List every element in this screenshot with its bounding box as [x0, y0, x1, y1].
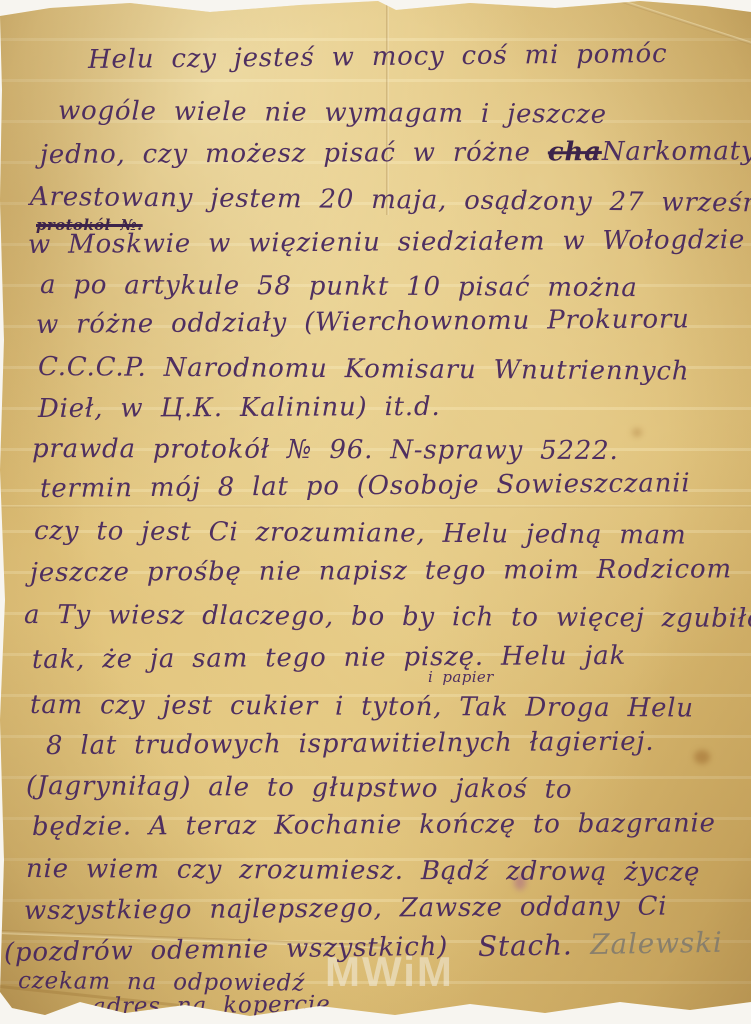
letter-paper: Helu czy jesteś w mocy coś mi pomóc wogó… — [0, 0, 751, 1024]
handwriting-line-19: będzie. A teraz Kochanie kończę to bazgr… — [32, 808, 716, 842]
handwriting-line-2: wogóle wiele nie wymagam i jeszcze — [58, 96, 607, 130]
handwriting-line-17: 8 lat trudowych isprawitielnych łagierie… — [46, 727, 655, 761]
handwriting-line-14: a Ty wiesz dlaczego, bo by ich to więcej… — [24, 600, 751, 634]
crease-line — [0, 505, 751, 508]
handwriting-line-18: (Jagryniłag) ale to głupstwo jakoś to — [26, 771, 573, 805]
signature-last-name-pencil: Zalewski — [590, 926, 723, 961]
crossed-out-word: cha — [548, 137, 602, 167]
paper-stain — [694, 750, 710, 764]
handwriting-line-1: Helu czy jesteś w mocy coś mi pomóc — [88, 39, 668, 75]
handwriting-line-3: jedno, czy możesz pisać w różne chaNarko… — [40, 136, 751, 170]
handwriting-line-15: tak, że ja sam tego nie piszę. Helu jak — [32, 641, 626, 675]
handwriting-line-24: adres na kopercie. — [92, 991, 339, 1020]
handwriting-line-11: termin mój 8 lat po (Osoboje Sowieszczan… — [40, 468, 691, 504]
handwriting-line-4: Arestowany jestem 20 maja, osądzony 27 w… — [30, 182, 751, 219]
handwriting-line-20: nie wiem czy zrozumiesz. Bądź zdrową życ… — [26, 854, 700, 888]
handwriting-line-10: prawda protokół № 96. N-sprawy 5222. — [32, 434, 619, 466]
handwriting-line-7: w różne oddziały (Wierchownomu Prokuroru — [36, 304, 690, 340]
line-3-text: jedno, czy możesz pisać w różne — [40, 137, 548, 170]
signature: Stach. Zalewski — [478, 926, 723, 963]
handwriting-line-16: tam czy jest cukier i tytoń, Tak Droga H… — [30, 690, 694, 723]
signature-first-name: Stach. — [478, 928, 573, 963]
paper-stain — [632, 428, 642, 437]
handwriting-line-5: w Moskwie w więzieniu siedziałem w Wołog… — [28, 225, 745, 260]
handwriting-line-13: jeszcze prośbę nie napisz tego moim Rodz… — [30, 554, 732, 588]
handwriting-line-12: czy to jest Ci zrozumiane, Helu jedną ma… — [34, 516, 687, 551]
handwriting-line-6: a po artykule 58 punkt 10 pisać można — [40, 270, 638, 303]
handwriting-line-8: C.C.C.P. Narodnomu Komisaru Wnutriennych — [38, 352, 690, 387]
interline-insert: i papier — [428, 668, 494, 686]
handwriting-line-21: wszystkiego najlepszego, Zawsze oddany C… — [24, 892, 668, 926]
handwriting-line-22: (pozdrów odemnie wszystkich) — [4, 932, 449, 968]
handwriting-line-9: Dieł, w Ц.К. Kalininu) it.d. — [38, 392, 441, 424]
line-3-text-end: Narkomaty: — [602, 136, 751, 167]
